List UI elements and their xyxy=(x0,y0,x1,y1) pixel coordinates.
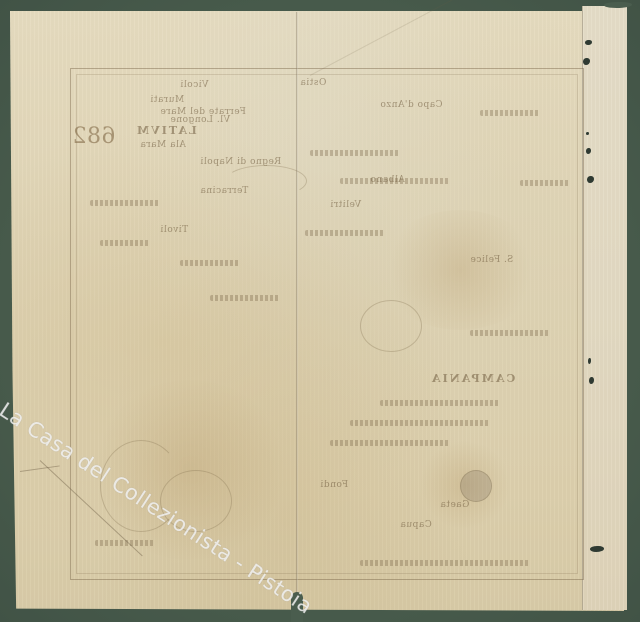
ghost-text-line xyxy=(470,330,550,336)
ghost-label: CAMPANIA xyxy=(430,372,515,385)
ghost-text-line xyxy=(210,295,280,301)
ghost-text-line xyxy=(330,440,450,446)
ghost-text-line xyxy=(310,150,400,156)
ghost-label: Gaeta xyxy=(440,500,469,510)
ghost-label: Capo d'Anzo xyxy=(380,100,442,110)
ghost-text-line xyxy=(480,110,540,116)
ghost-text-line xyxy=(90,200,160,206)
ghost-label: Murati xyxy=(150,95,184,105)
ghost-label: Tivoli xyxy=(160,225,188,235)
ghost-label: Velitri xyxy=(330,200,361,210)
map-title-ghost: LATIVM xyxy=(135,124,197,137)
ghost-text-line xyxy=(305,230,385,236)
ghost-text-line xyxy=(100,240,150,246)
ghost-label: Vl. Longone xyxy=(170,115,230,125)
coastline-ghost xyxy=(360,300,422,352)
ghost-label: S. Felice xyxy=(470,255,513,265)
coastline-ghost xyxy=(225,165,307,197)
ink-blot xyxy=(460,470,492,502)
ghost-label: Ala Mara xyxy=(140,140,186,150)
ghost-label: Ostia xyxy=(300,78,326,88)
ghost-text-line xyxy=(340,178,450,184)
ghost-label: Vicoli xyxy=(180,80,208,90)
binding-margin-strip xyxy=(582,6,627,610)
ghost-text-line xyxy=(180,260,240,266)
ghost-text-line xyxy=(380,400,500,406)
plate-number: 682 xyxy=(72,124,116,149)
ghost-text-line xyxy=(520,180,570,186)
ghost-label: Capua xyxy=(400,520,432,530)
ghost-text-line xyxy=(360,560,530,566)
ghost-text-line xyxy=(350,420,490,426)
ghost-label: Fondi xyxy=(320,480,348,490)
center-fold xyxy=(296,12,298,608)
